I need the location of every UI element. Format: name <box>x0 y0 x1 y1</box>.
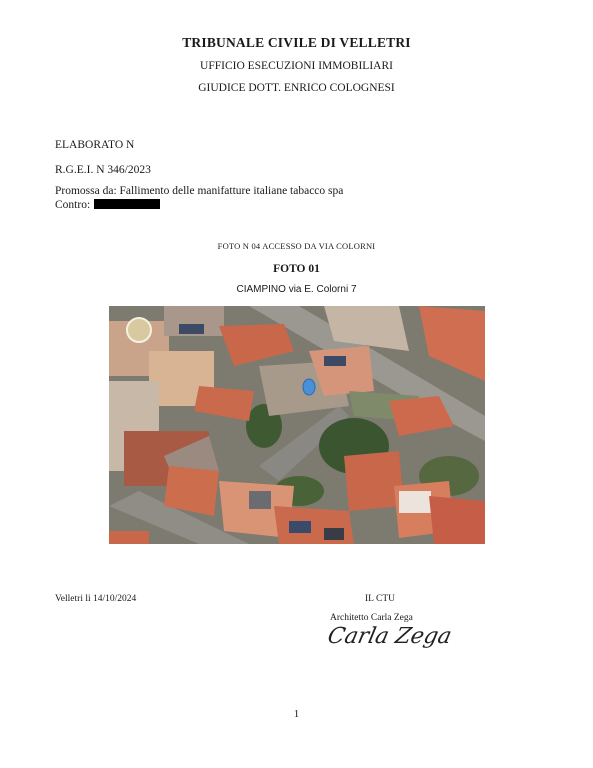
place-date: Velletri li 14/10/2024 <box>55 594 136 604</box>
promossa-da: Promossa da: Fallimento delle manifattur… <box>55 185 343 197</box>
court-title: TRIBUNALE CIVILE DI VELLETRI <box>0 35 593 51</box>
office-subtitle: UFFICIO ESECUZIONI IMMOBILIARI <box>0 60 593 72</box>
redacted-block <box>94 199 160 209</box>
elaborato-label: ELABORATO N <box>55 139 134 151</box>
ctu-label: IL CTU <box>365 594 395 604</box>
aerial-photo <box>109 306 485 544</box>
page-number: 1 <box>0 708 593 720</box>
contro-line: Contro: <box>55 199 160 211</box>
signer-name: Architetto Carla Zega <box>330 613 413 623</box>
rgei-number: R.G.E.I. N 346/2023 <box>55 164 151 176</box>
photo-location: CIAMPINO via E. Colorni 7 <box>0 284 593 295</box>
judge-subtitle: GIUDICE DOTT. ENRICO COLOGNESI <box>0 82 593 94</box>
contro-label: Contro: <box>55 199 90 211</box>
aerial-photo-graphic <box>109 306 485 544</box>
signature: Carla Zega <box>325 624 453 649</box>
photo-caption: FOTO N 04 ACCESSO DA VIA COLORNI <box>0 241 593 251</box>
photo-title: FOTO 01 <box>0 263 593 275</box>
